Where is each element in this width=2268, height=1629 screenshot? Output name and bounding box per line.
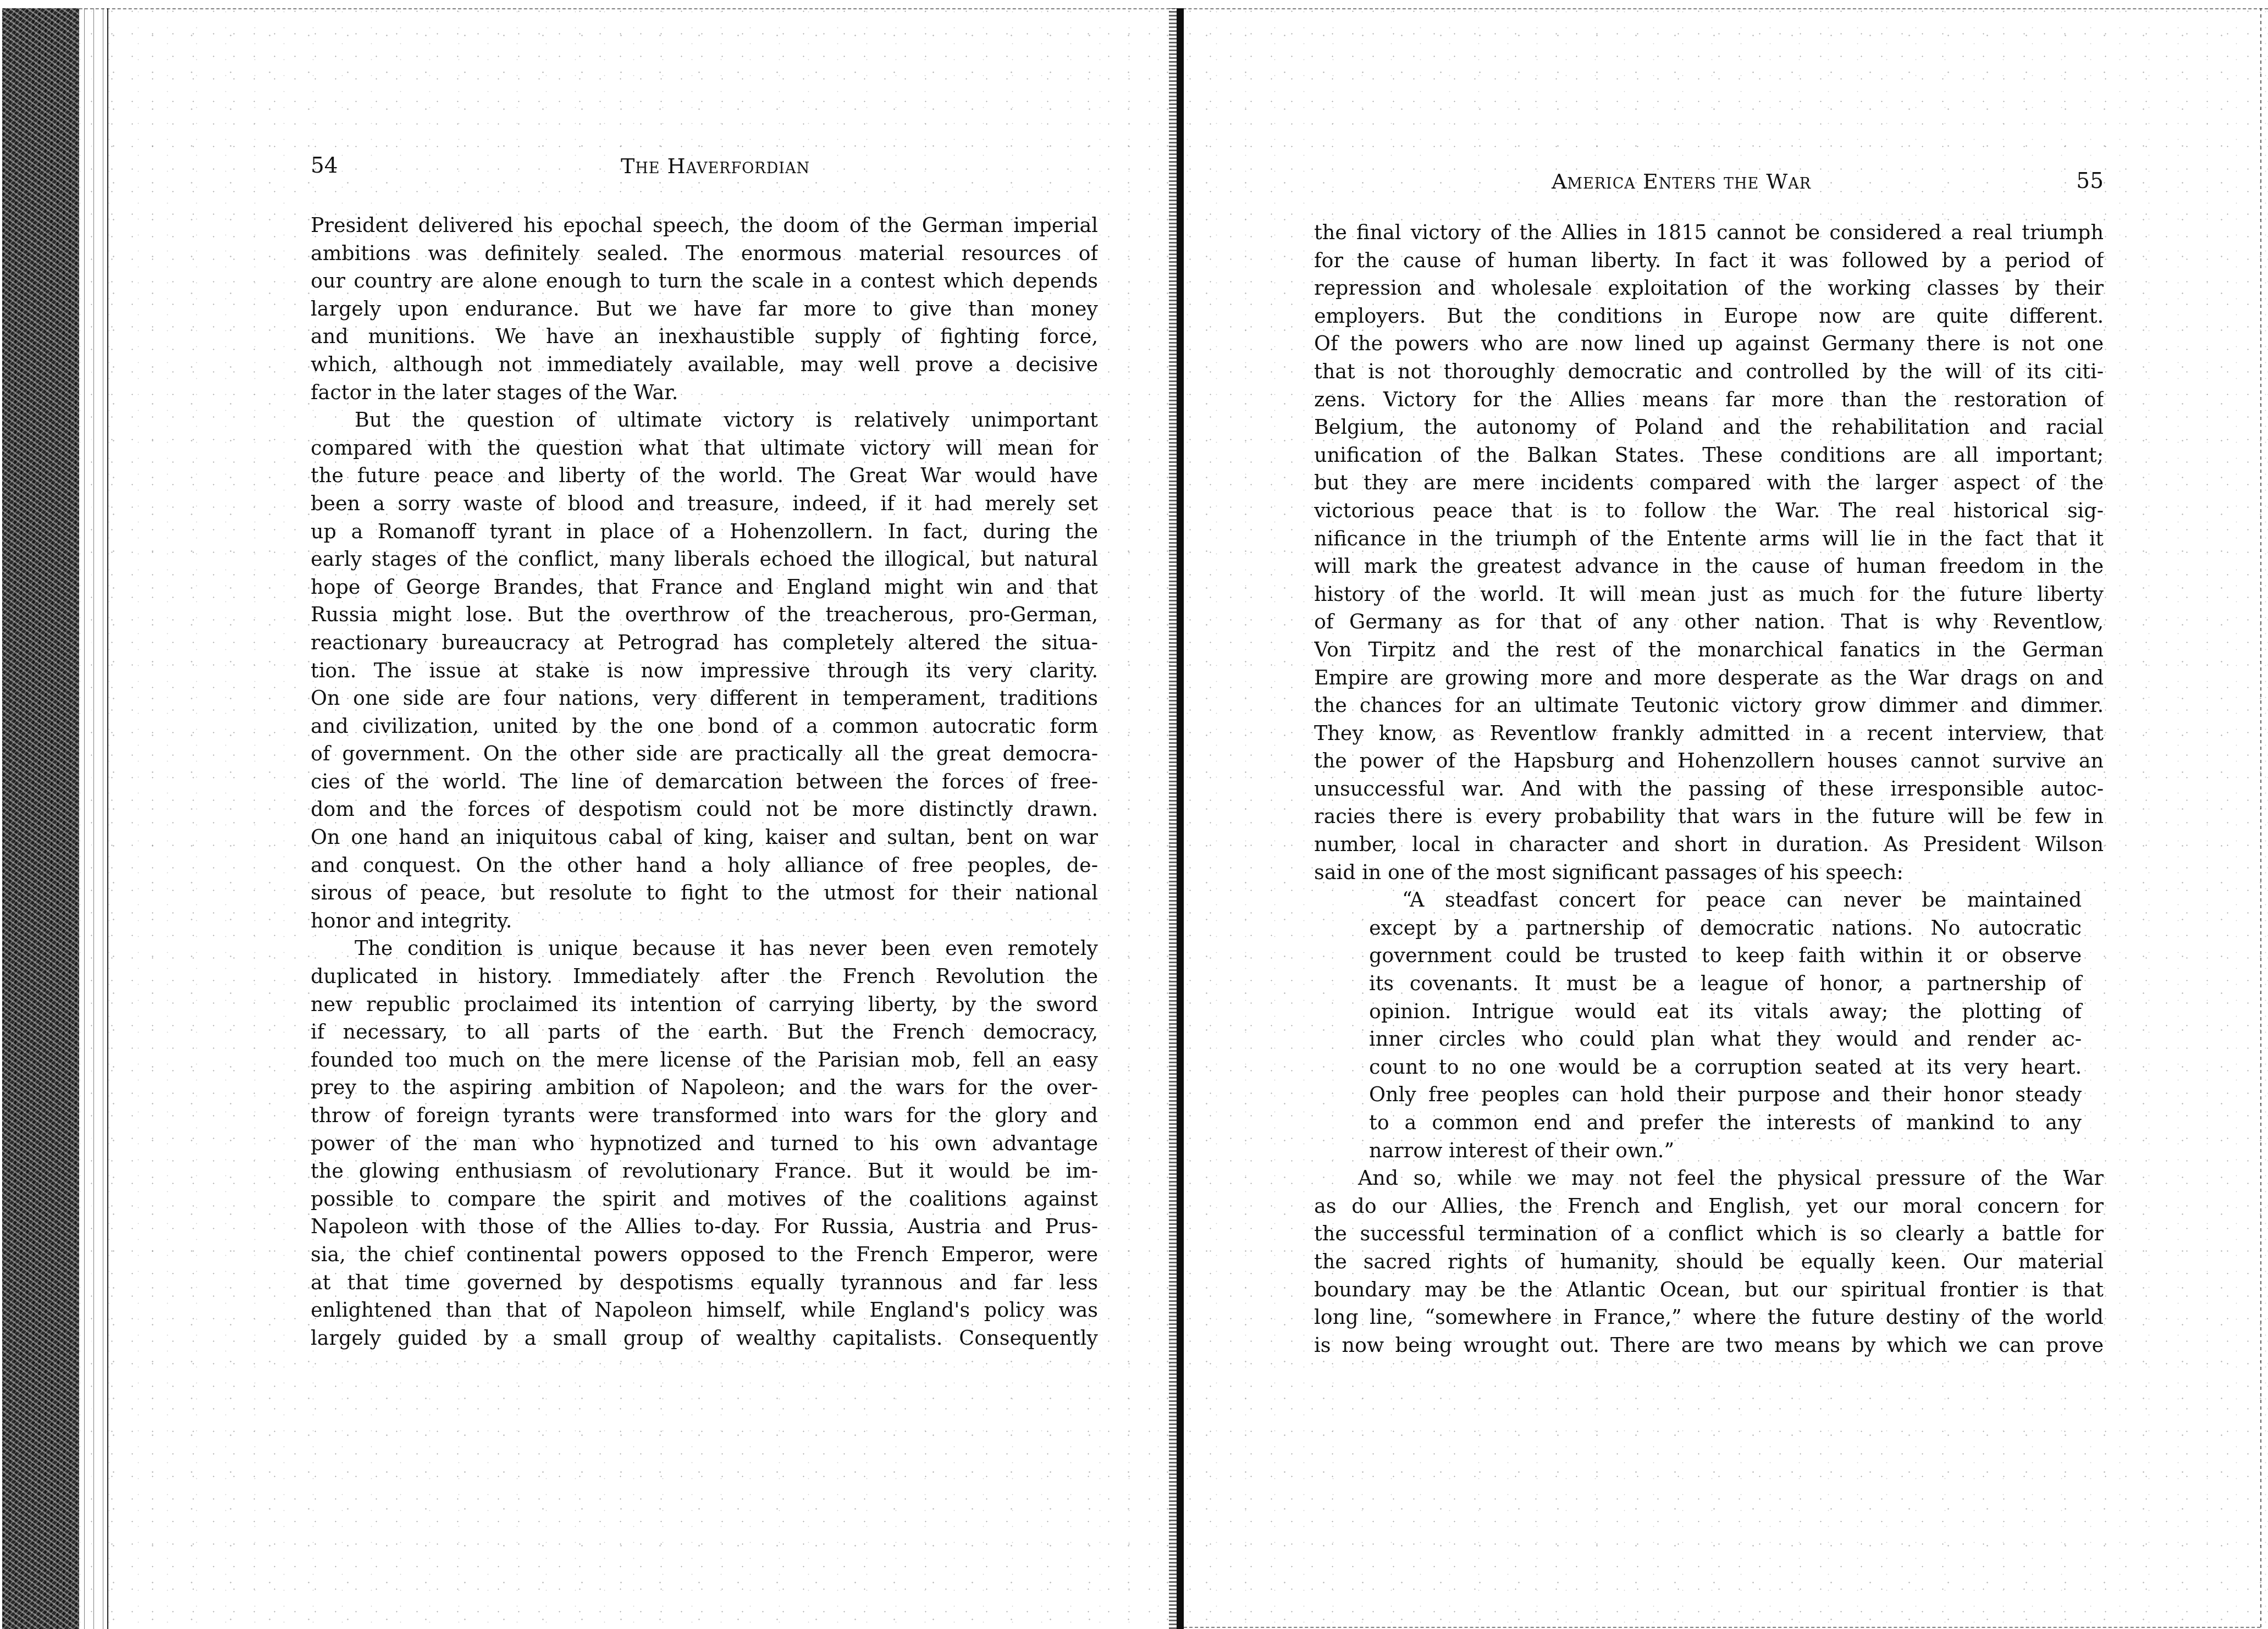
text-line: and conquest. On the other hand a holy a… [311, 852, 1098, 880]
text-line: its covenants. It must be a league of ho… [1314, 970, 2104, 998]
left-page: 54 The Haverfordian President delivered … [311, 0, 1098, 1629]
text-line: of Germany as for that of any other nati… [1314, 608, 2104, 636]
text-line: On one hand an iniquitous cabal of king,… [311, 824, 1098, 852]
text-line: count to no one would be a corruption se… [1314, 1053, 2104, 1081]
text-line: to a common end and prefer the interests… [1314, 1109, 2104, 1137]
text-line: history of the world. It will mean just … [1314, 581, 2104, 609]
text-line: the successful termination of a conflict… [1314, 1220, 2104, 1248]
text-line: Empire are growing more and more despera… [1314, 664, 2104, 692]
text-line: as do our Allies, the French and English… [1314, 1192, 2104, 1221]
left-page-body: President delivered his epochal speech, … [311, 212, 1098, 1352]
text-line: new republic proclaimed its intention of… [311, 991, 1098, 1019]
text-line: prey to the aspiring ambition of Napoleo… [311, 1074, 1098, 1102]
text-line: narrow interest of their own.” [1314, 1137, 2104, 1165]
text-line: that is not thoroughly democratic and co… [1314, 358, 2104, 386]
text-line: boundary may be the Atlantic Ocean, but … [1314, 1276, 2104, 1304]
left-running-title: The Haverfordian [333, 150, 1098, 183]
text-line: number, local in character and short in … [1314, 831, 2104, 859]
text-line: racies there is every probability that w… [1314, 803, 2104, 831]
text-line: “A steadfast concert for peace can never… [1314, 886, 2104, 914]
text-line: Of the powers who are now lined up again… [1314, 330, 2104, 358]
text-line: But the question of ultimate victory is … [311, 406, 1098, 434]
text-line: duplicated in history. Immediately after… [311, 963, 1098, 991]
text-line: sia, the chief continental powers oppose… [311, 1241, 1098, 1269]
text-line: employers. But the conditions in Europe … [1314, 302, 2104, 330]
text-line: opinion. Intrigue would eat its vitals a… [1314, 998, 2104, 1026]
right-running-title: America Enters the War [1314, 165, 2049, 198]
text-line: possible to compare the spirit and motiv… [311, 1185, 1098, 1213]
text-line: largely guided by a small group of wealt… [311, 1324, 1098, 1352]
text-line: long line, “somewhere in France,” where … [1314, 1304, 2104, 1332]
book-binding-edge [80, 8, 108, 1629]
text-line: the sacred rights of humanity, should be… [1314, 1248, 2104, 1276]
text-line: of government. On the other side are pra… [311, 740, 1098, 768]
text-line: sirous of peace, but resolute to fight t… [311, 879, 1098, 907]
text-line: is now being wrought out. There are two … [1314, 1332, 2104, 1360]
text-line: except by a partnership of democratic na… [1314, 914, 2104, 942]
text-line: nificance in the triumph of the Entente … [1314, 525, 2104, 553]
text-line: largely upon endurance. But we have far … [311, 295, 1098, 323]
text-line: The condition is unique because it has n… [311, 935, 1098, 963]
text-line: the chances for an ultimate Teutonic vic… [1314, 692, 2104, 720]
text-line: will mark the greatest advance in the ca… [1314, 553, 2104, 581]
scan-right-edge [2260, 8, 2261, 1627]
text-line: our country are alone enough to turn the… [311, 267, 1098, 295]
text-line: the future peace and liberty of the worl… [311, 462, 1098, 490]
text-line: Only free peoples can hold their purpose… [1314, 1081, 2104, 1109]
text-line: zens. Victory for the Allies means far m… [1314, 386, 2104, 414]
text-line: tion. The issue at stake is now impressi… [311, 657, 1098, 685]
text-line: power of the man who hypnotized and turn… [311, 1130, 1098, 1158]
text-line: the final victory of the Allies in 1815 … [1314, 219, 2104, 247]
text-line: President delivered his epochal speech, … [311, 212, 1098, 240]
text-line: honor and integrity. [311, 907, 1098, 935]
text-line: reactionary bureaucracy at Petrograd has… [311, 629, 1098, 657]
text-line: compared with the question what that ult… [311, 434, 1098, 462]
text-line: inner circles who could plan what they w… [1314, 1025, 2104, 1053]
left-running-head: 54 The Haverfordian [311, 150, 1098, 183]
text-line: factor in the later stages of the War. [311, 379, 1098, 407]
book-binding-strip [2, 8, 79, 1629]
text-line: throw of foreign tyrants were transforme… [311, 1102, 1098, 1130]
text-line: the power of the Hapsburg and Hohenzolle… [1314, 747, 2104, 775]
text-line: ambitions was definitely sealed. The eno… [311, 240, 1098, 268]
text-line: the glowing enthusiasm of revolutionary … [311, 1157, 1098, 1185]
text-line: Russia might lose. But the overthrow of … [311, 601, 1098, 629]
text-line: been a sorry waste of blood and treasure… [311, 490, 1098, 518]
page-gutter [1177, 8, 1184, 1629]
text-line: early stages of the conflict, many liber… [311, 545, 1098, 573]
text-line: unsuccessful war. And with the passing o… [1314, 775, 2104, 803]
text-line: hope of George Brandes, that France and … [311, 573, 1098, 601]
text-line: Von Tirpitz and the rest of the monarchi… [1314, 636, 2104, 664]
text-line: founded too much on the mere license of … [311, 1046, 1098, 1074]
text-line: if necessary, to all parts of the earth.… [311, 1018, 1098, 1046]
text-line: and munitions. We have an inexhaustible … [311, 323, 1098, 351]
right-page: America Enters the War 55 the final vict… [1314, 0, 2104, 1629]
text-line: up a Romanoff tyrant in place of a Hohen… [311, 518, 1098, 546]
gutter-shadow [1169, 8, 1177, 1629]
right-page-body: the final victory of the Allies in 1815 … [1314, 219, 2104, 1359]
text-line: at that time governed by despotisms equa… [311, 1269, 1098, 1297]
text-line: but they are mere incidents compared wit… [1314, 469, 2104, 497]
text-line: government could be trusted to keep fait… [1314, 942, 2104, 970]
text-line: victorious peace that is to follow the W… [1314, 497, 2104, 525]
text-line: cies of the world. The line of demarcati… [311, 768, 1098, 796]
text-line: On one side are four nations, very diffe… [311, 684, 1098, 713]
text-line: dom and the forces of despotism could no… [311, 796, 1098, 824]
text-line: repression and wholesale exploitation of… [1314, 274, 2104, 302]
text-line: enlightened than that of Napoleon himsel… [311, 1296, 1098, 1324]
right-page-number: 55 [2076, 165, 2104, 198]
text-line: They know, as Reventlow frankly admitted… [1314, 720, 2104, 748]
text-line: Belgium, the autonomy of Poland and the … [1314, 413, 2104, 441]
text-line: And so, while we may not feel the physic… [1314, 1164, 2104, 1192]
text-line: and civilization, united by the one bond… [311, 713, 1098, 741]
right-running-head: America Enters the War 55 [1314, 165, 2104, 198]
text-line: which, although not immediately availabl… [311, 351, 1098, 379]
text-line: for the cause of human liberty. In fact … [1314, 247, 2104, 275]
text-line: unification of the Balkan States. These … [1314, 441, 2104, 470]
text-line: said in one of the most significant pass… [1314, 859, 2104, 887]
text-line: Napoleon with those of the Allies to-day… [311, 1213, 1098, 1241]
